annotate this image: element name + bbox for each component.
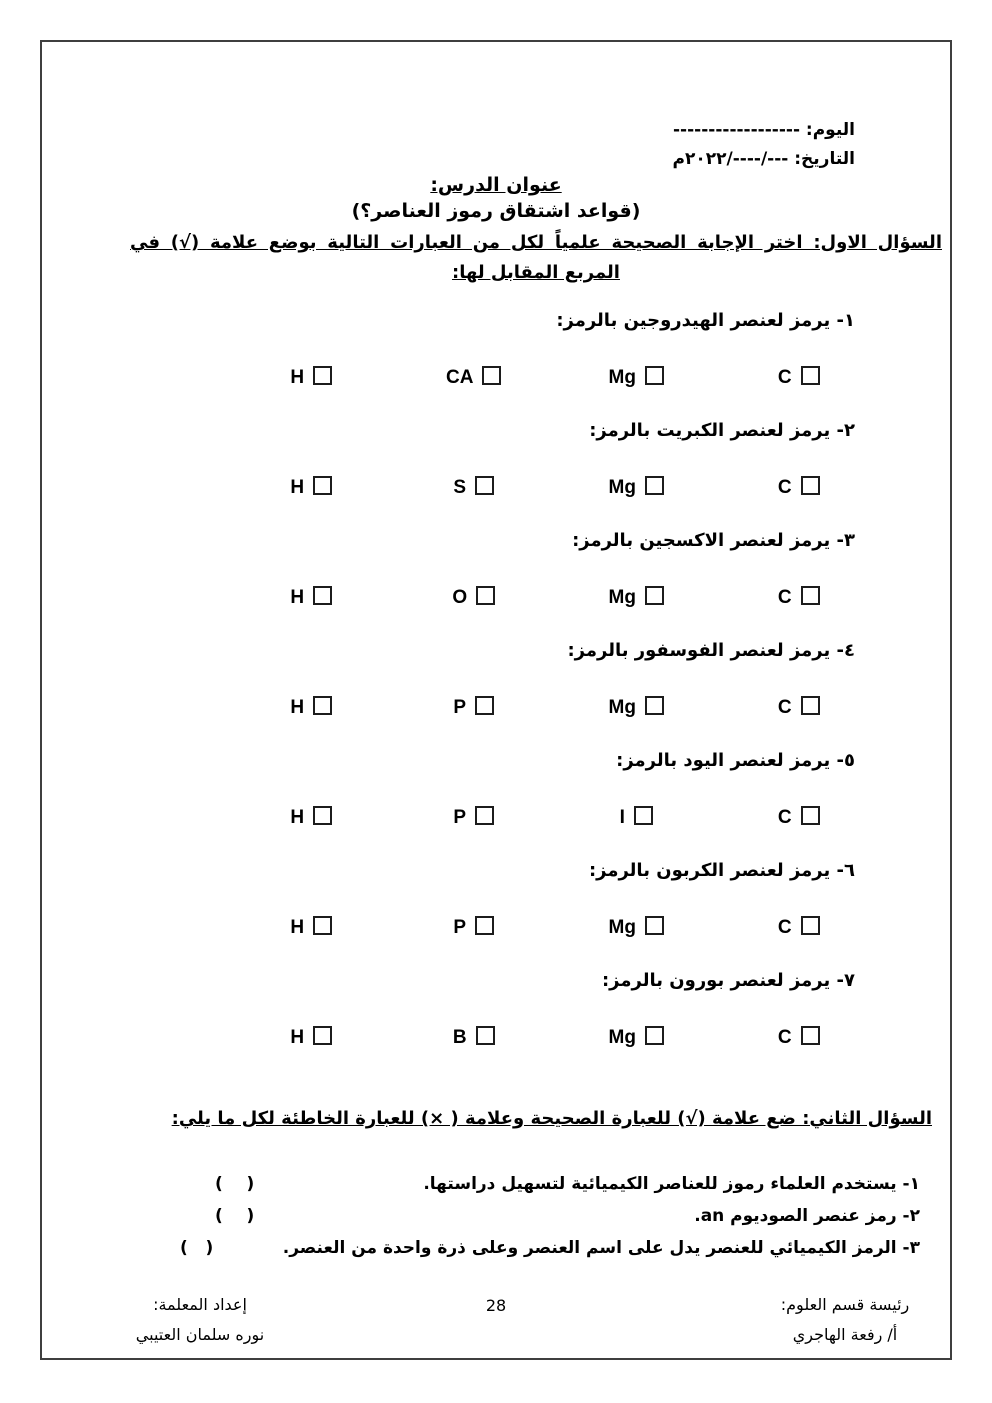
- option-checkbox[interactable]: [801, 476, 820, 495]
- option-checkbox[interactable]: [313, 586, 332, 605]
- department-head-name: أ/ رفعة الهاجري: [755, 1320, 935, 1350]
- option-checkbox[interactable]: [645, 476, 664, 495]
- teacher-name: نوره سلمان العتيبي: [120, 1320, 280, 1350]
- question2-statements: ( )١- يستخدم العلماء رموز للعناصر الكيمي…: [137, 1174, 920, 1270]
- option-letter: C: [778, 477, 792, 498]
- question1-item: ١- يرمز لعنصر الهيدروجين بالرمز:HCAMgC: [42, 310, 950, 420]
- question1-items: ١- يرمز لعنصر الهيدروجين بالرمز:HCAMgC٢-…: [42, 310, 950, 1080]
- option-checkbox[interactable]: [313, 1026, 332, 1045]
- date-line: التاريخ: ---/----/٢٠٢٢م: [673, 145, 855, 174]
- option-checkbox[interactable]: [476, 1026, 495, 1045]
- option-letter: Mg: [609, 477, 636, 498]
- options-row: HSMgC: [230, 476, 880, 499]
- answer-parentheses[interactable]: ( ): [180, 1238, 213, 1258]
- option-P: P: [393, 806, 556, 829]
- option-checkbox[interactable]: [801, 586, 820, 605]
- option-checkbox[interactable]: [645, 916, 664, 935]
- option-Mg: Mg: [555, 1026, 718, 1049]
- options-row: HPIC: [230, 806, 880, 829]
- option-letter: B: [453, 1027, 467, 1048]
- option-letter: C: [778, 697, 792, 718]
- option-checkbox[interactable]: [801, 696, 820, 715]
- teacher-label: إعداد المعلمة:: [120, 1290, 280, 1320]
- option-checkbox[interactable]: [801, 916, 820, 935]
- question1-item-text: ٦- يرمز لعنصر الكربون بالرمز:: [589, 860, 855, 881]
- question2-header: السؤال الثاني: ضع علامة (√) للعبارة الصح…: [102, 1108, 932, 1129]
- header-dates: اليوم: ------------------ التاريخ: ---/-…: [673, 116, 855, 174]
- option-letter: C: [778, 807, 792, 828]
- option-CA: CA: [393, 366, 556, 389]
- question1-item-text: ٥- يرمز لعنصر اليود بالرمز:: [616, 750, 855, 771]
- option-letter: C: [778, 367, 792, 388]
- option-checkbox[interactable]: [475, 806, 494, 825]
- option-checkbox[interactable]: [475, 916, 494, 935]
- option-checkbox[interactable]: [313, 476, 332, 495]
- option-checkbox[interactable]: [801, 806, 820, 825]
- options-row: HOMgC: [230, 586, 880, 609]
- question1-header-line2: المربع المقابل لها:: [130, 258, 942, 288]
- option-Mg: Mg: [555, 586, 718, 609]
- options-row: HPMgC: [230, 696, 880, 719]
- question1-item: ٧- يرمز لعنصر بورون بالرمز:HBMgC: [42, 970, 950, 1080]
- question1-item: ٥- يرمز لعنصر اليود بالرمز:HPIC: [42, 750, 950, 860]
- answer-parentheses[interactable]: ( ): [215, 1174, 254, 1194]
- option-letter: C: [778, 587, 792, 608]
- option-letter: CA: [446, 367, 473, 388]
- option-letter: P: [453, 917, 466, 938]
- option-checkbox[interactable]: [645, 1026, 664, 1045]
- options-row: HBMgC: [230, 1026, 880, 1049]
- option-letter: H: [290, 587, 304, 608]
- option-checkbox[interactable]: [475, 696, 494, 715]
- option-letter: S: [453, 477, 466, 498]
- option-H: H: [230, 916, 393, 939]
- option-letter: O: [452, 587, 467, 608]
- option-H: H: [230, 476, 393, 499]
- options-row: HPMgC: [230, 916, 880, 939]
- options-row: HCAMgC: [230, 366, 880, 389]
- option-H: H: [230, 366, 393, 389]
- option-letter: C: [778, 1027, 792, 1048]
- option-checkbox[interactable]: [313, 806, 332, 825]
- option-S: S: [393, 476, 556, 499]
- day-line: اليوم: ------------------: [673, 116, 855, 145]
- option-checkbox[interactable]: [645, 586, 664, 605]
- option-letter: Mg: [609, 697, 636, 718]
- option-Mg: Mg: [555, 696, 718, 719]
- option-letter: H: [290, 807, 304, 828]
- option-checkbox[interactable]: [475, 476, 494, 495]
- statement-text: ١- يستخدم العلماء رموز للعناصر الكيميائي…: [423, 1174, 920, 1194]
- option-C: C: [718, 696, 881, 719]
- option-checkbox[interactable]: [313, 366, 332, 385]
- answer-parentheses[interactable]: ( ): [215, 1206, 254, 1226]
- option-checkbox[interactable]: [482, 366, 501, 385]
- option-letter: C: [778, 917, 792, 938]
- option-P: P: [393, 696, 556, 719]
- option-letter: Mg: [609, 367, 636, 388]
- option-letter: H: [290, 917, 304, 938]
- question1-item: ٢- يرمز لعنصر الكبريت بالرمز:HSMgC: [42, 420, 950, 530]
- option-checkbox[interactable]: [645, 366, 664, 385]
- option-checkbox[interactable]: [476, 586, 495, 605]
- option-O: O: [393, 586, 556, 609]
- option-C: C: [718, 586, 881, 609]
- option-letter: I: [620, 807, 625, 828]
- option-C: C: [718, 366, 881, 389]
- option-letter: H: [290, 367, 304, 388]
- option-letter: H: [290, 477, 304, 498]
- footer-teacher: إعداد المعلمة: نوره سلمان العتيبي: [120, 1290, 280, 1350]
- question1-item: ٣- يرمز لعنصر الاكسجين بالرمز:HOMgC: [42, 530, 950, 640]
- question1-header: السؤال الاول: اختر الإجابة الصحيحة علميا…: [130, 228, 942, 288]
- option-H: H: [230, 1026, 393, 1049]
- option-H: H: [230, 586, 393, 609]
- worksheet-page: اليوم: ------------------ التاريخ: ---/-…: [40, 40, 952, 1360]
- option-letter: Mg: [609, 917, 636, 938]
- question1-item: ٤- يرمز لعنصر الفوسفور بالرمز:HPMgC: [42, 640, 950, 750]
- option-H: H: [230, 696, 393, 719]
- option-checkbox[interactable]: [801, 366, 820, 385]
- question1-item-text: ٧- يرمز لعنصر بورون بالرمز:: [602, 970, 855, 991]
- option-letter: Mg: [609, 587, 636, 608]
- option-Mg: Mg: [555, 366, 718, 389]
- lesson-title: (قواعد اشتقاق رموز العناصر؟): [42, 200, 950, 222]
- option-B: B: [393, 1026, 556, 1049]
- question1-item-text: ١- يرمز لعنصر الهيدروجين بالرمز:: [556, 310, 855, 331]
- question1-item-text: ٤- يرمز لعنصر الفوسفور بالرمز:: [567, 640, 855, 661]
- option-letter: P: [453, 807, 466, 828]
- question1-item: ٦- يرمز لعنصر الكربون بالرمز:HPMgC: [42, 860, 950, 970]
- statement-row: ( )٣- الرمز الكيميائي للعنصر يدل على اسم…: [137, 1238, 920, 1270]
- statement-row: ( )٢- رمز عنصر الصوديوم an.: [137, 1206, 920, 1238]
- option-checkbox[interactable]: [645, 696, 664, 715]
- option-checkbox[interactable]: [313, 696, 332, 715]
- option-C: C: [718, 476, 881, 499]
- lesson-title-label: عنوان الدرس:: [42, 174, 950, 196]
- option-letter: H: [290, 1027, 304, 1048]
- option-letter: P: [453, 697, 466, 718]
- option-checkbox[interactable]: [634, 806, 653, 825]
- option-C: C: [718, 916, 881, 939]
- option-Mg: Mg: [555, 476, 718, 499]
- option-checkbox[interactable]: [801, 1026, 820, 1045]
- option-C: C: [718, 1026, 881, 1049]
- option-C: C: [718, 806, 881, 829]
- statement-text: ٣- الرمز الكيميائي للعنصر يدل على اسم ال…: [283, 1238, 920, 1258]
- question1-item-text: ٣- يرمز لعنصر الاكسجين بالرمز:: [572, 530, 855, 551]
- option-I: I: [555, 806, 718, 829]
- option-Mg: Mg: [555, 916, 718, 939]
- question1-item-text: ٢- يرمز لعنصر الكبريت بالرمز:: [589, 420, 855, 441]
- statement-text: ٢- رمز عنصر الصوديوم an.: [694, 1206, 920, 1226]
- option-checkbox[interactable]: [313, 916, 332, 935]
- question1-header-line1: السؤال الاول: اختر الإجابة الصحيحة علميا…: [130, 228, 942, 258]
- option-letter: H: [290, 697, 304, 718]
- statement-row: ( )١- يستخدم العلماء رموز للعناصر الكيمي…: [137, 1174, 920, 1206]
- option-H: H: [230, 806, 393, 829]
- option-letter: Mg: [609, 1027, 636, 1048]
- option-P: P: [393, 916, 556, 939]
